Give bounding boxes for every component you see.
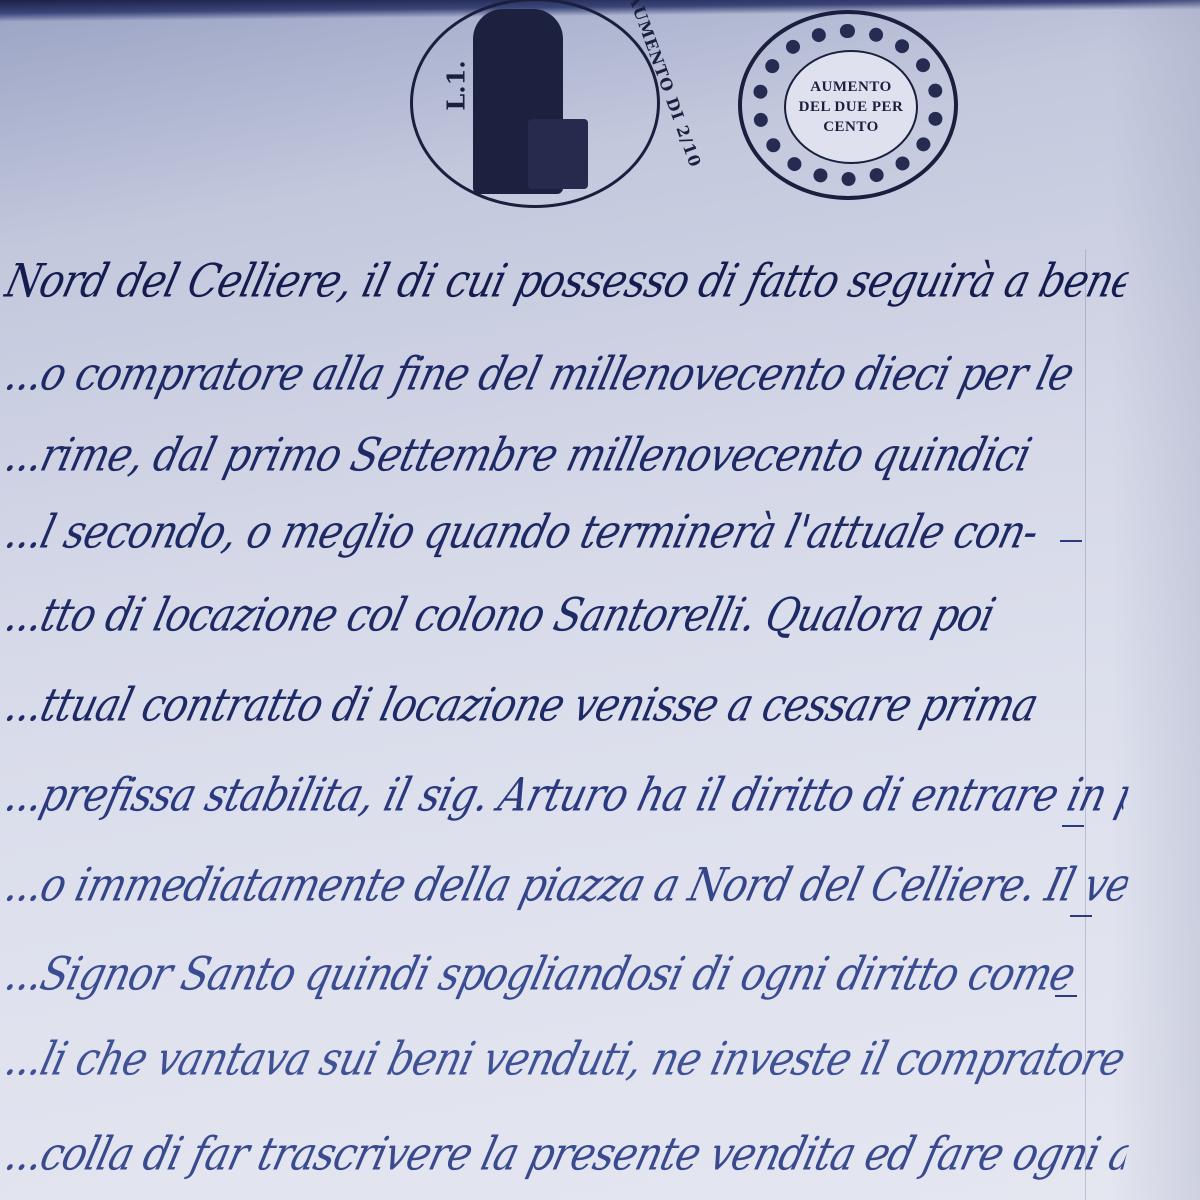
handwritten-line-4: ...l secondo, o meglio quando terminerà … (0, 506, 1133, 559)
line-continuation-dash (1060, 540, 1082, 542)
stamp-side-label: L.1. (442, 60, 471, 110)
line-continuation-dash (1062, 825, 1084, 827)
stamp-arc-text: AUMENTO DI 2/10 (624, 0, 705, 170)
tax-stamp-figure: L.1. AUMENTO DI 2/10 (410, 0, 660, 208)
handwritten-line-2: ...o compratore alla fine del millenovec… (0, 348, 1133, 401)
stamp-line-2: DEL DUE PER (799, 97, 904, 117)
handwritten-line-9: ...Signor Santo quindi spogliandosi di o… (0, 948, 1133, 1001)
handwritten-line-10: ...li che vantava sui beni venduti, ne i… (0, 1033, 1133, 1086)
handwritten-line-8: ...o immediatamente della piazza a Nord … (0, 859, 1133, 912)
line-continuation-dash (1070, 915, 1092, 917)
tax-stamp-two-percent: AUMENTO DEL DUE PER CENTO (738, 10, 958, 200)
handwritten-line-3: ...rime, dal primo Settembre millenovece… (0, 429, 1133, 482)
stamp-line-1: AUMENTO (810, 77, 892, 97)
line-continuation-dash (1055, 995, 1077, 997)
stamp-line-3: CENTO (823, 117, 879, 137)
handwritten-line-1: Nord del Celliere, il di cui possesso di… (0, 255, 1133, 308)
handwritten-line-6: ...ttual contratto di locazione venisse … (0, 679, 1133, 732)
stamp-text-block: AUMENTO DEL DUE PER CENTO (784, 50, 918, 164)
handwritten-line-7: ...prefissa stabilita, il sig. Arturo ha… (0, 769, 1133, 822)
handwritten-line-5: ...tto di locazione col colono Santorell… (0, 589, 1133, 642)
handwritten-line-11: ...colla di far trascrivere la presente … (0, 1128, 1133, 1181)
allegorical-figure-icon (473, 9, 563, 194)
